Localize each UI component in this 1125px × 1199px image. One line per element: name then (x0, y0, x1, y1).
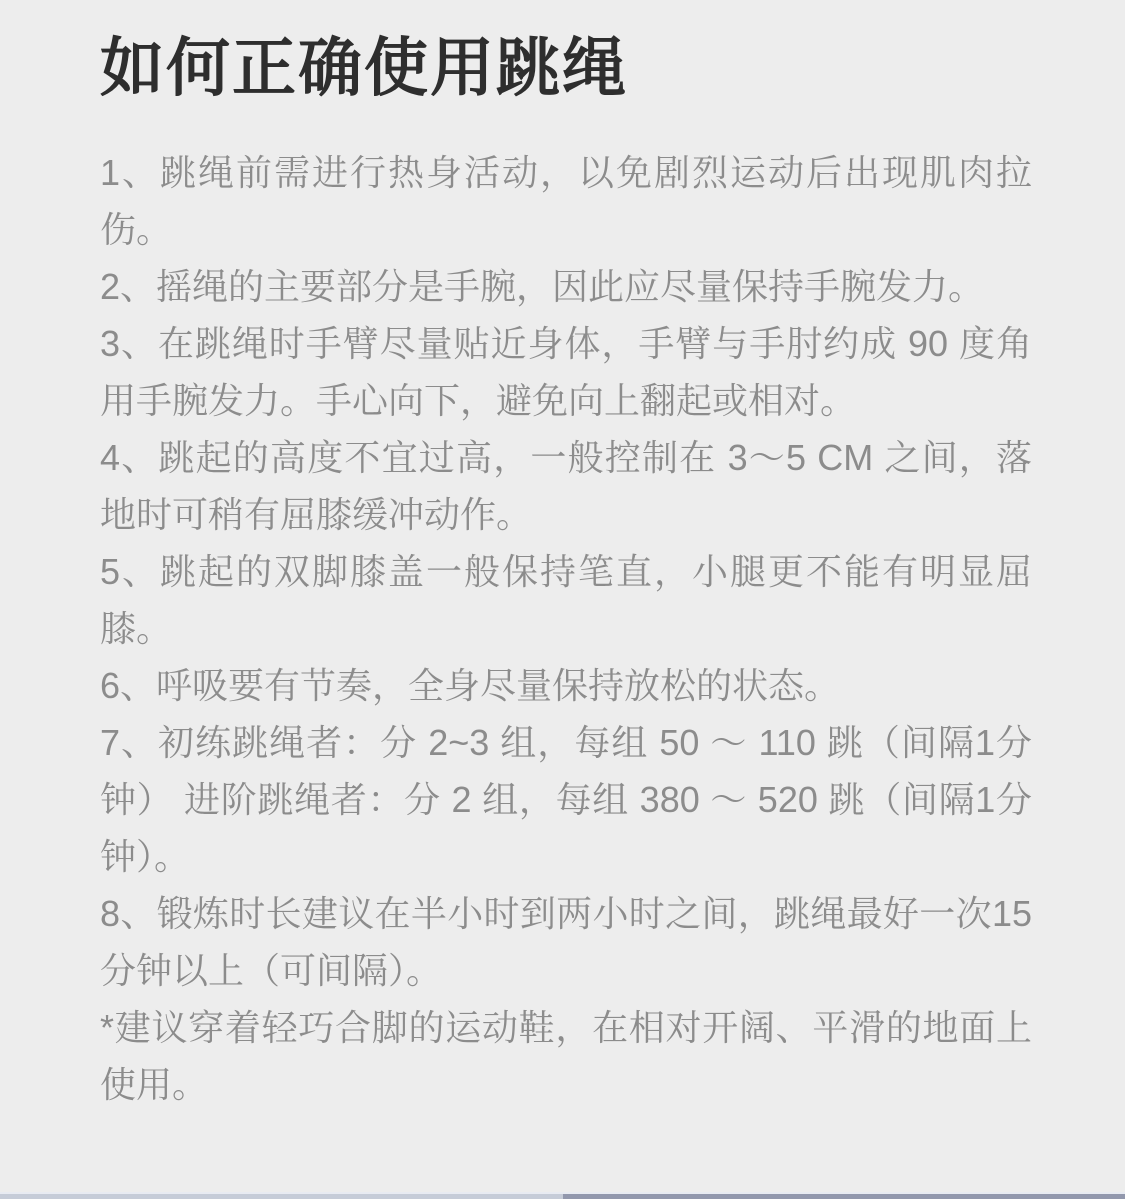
instruction-item-7: 7、初练跳绳者：分 2~3 组，每组 50 ～ 110 跳（间隔1分钟） 进阶跳… (100, 714, 1032, 885)
instruction-item-6: 6、呼吸要有节奏，全身尽量保持放松的状态。 (100, 657, 1032, 714)
instruction-item-2: 2、摇绳的主要部分是手腕，因此应尽量保持手腕发力。 (100, 258, 1032, 315)
instruction-item-4: 4、跳起的高度不宜过高，一般控制在 3～5 CM 之间，落地时可稍有屈膝缓冲动作… (100, 429, 1032, 543)
instruction-item-3: 3、在跳绳时手臂尽量贴近身体，手臂与手肘约成 90 度角用手腕发力。手心向下，避… (100, 315, 1032, 429)
scrollbar-thumb[interactable] (563, 1194, 1125, 1199)
footnote: *建议穿着轻巧合脚的运动鞋，在相对开阔、平滑的地面上使用。 (100, 999, 1032, 1113)
page-title: 如何正确使用跳绳 (100, 26, 1032, 110)
bottom-scrollbar[interactable] (0, 1192, 1125, 1199)
jump-rope-instructions-page: 如何正确使用跳绳 1、跳绳前需进行热身活动，以免剧烈运动后出现肌肉拉伤。 2、摇… (0, 0, 1125, 1113)
scrollbar-track[interactable] (0, 1194, 563, 1199)
instruction-item-1: 1、跳绳前需进行热身活动，以免剧烈运动后出现肌肉拉伤。 (100, 144, 1032, 258)
article-body: 1、跳绳前需进行热身活动，以免剧烈运动后出现肌肉拉伤。 2、摇绳的主要部分是手腕… (100, 144, 1032, 1113)
instruction-item-8: 8、锻炼时长建议在半小时到两小时之间，跳绳最好一次15分钟以上（可间隔）。 (100, 885, 1032, 999)
instruction-item-5: 5、跳起的双脚膝盖一般保持笔直，小腿更不能有明显屈膝。 (100, 543, 1032, 657)
